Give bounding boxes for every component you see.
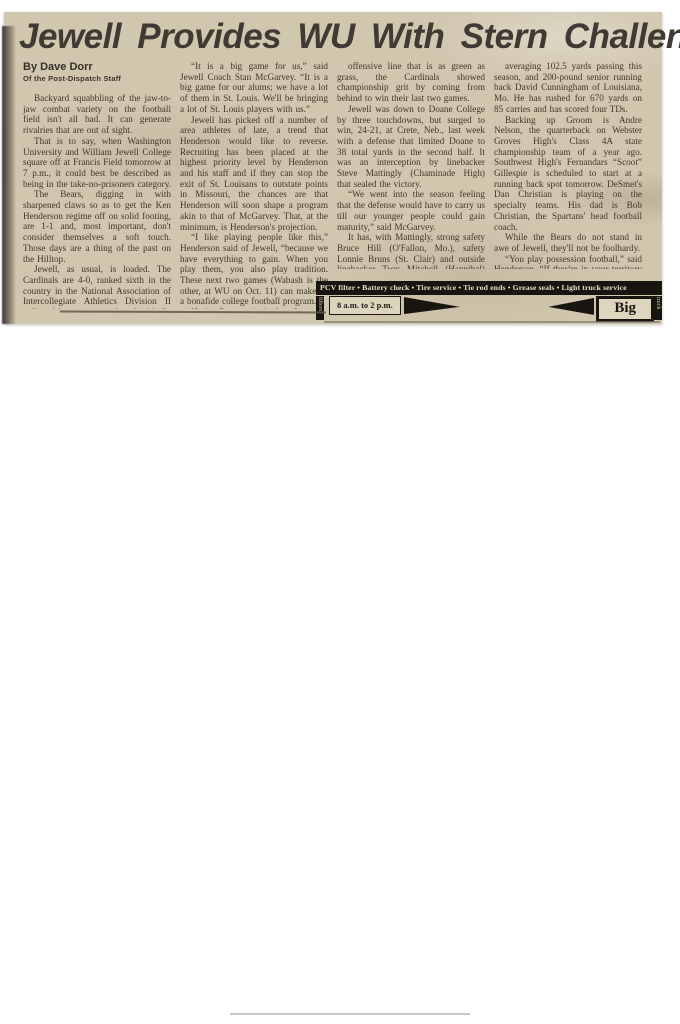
article-paragraph: averaging 102.5 yards passing this seaso…: [494, 61, 642, 115]
article-headline: Jewell Provides WU With Stern Challenge: [19, 19, 656, 54]
ad-hours-box: 8 a.m. to 2 p.m.: [329, 296, 401, 315]
ad-lower-row: filters 8 a.m. to 2 p.m. Big truck: [316, 296, 662, 322]
article-paragraph: Jewell was down to Doane College by thre…: [337, 104, 485, 190]
scan-artifact-line: [230, 1013, 470, 1015]
article-column-3: offensive line that is as green as grass…: [337, 61, 485, 269]
article-paragraph: “It is a big game for us,” said Jewell C…: [180, 61, 328, 115]
article-paragraph: It has, with Mattingly, strong safety Br…: [337, 232, 485, 269]
article-paragraph: “We went into the season feeling that th…: [337, 189, 485, 232]
article-paragraph: Backing up Groom is Andre Nelson, the qu…: [494, 115, 642, 233]
ad-services-banner: PCV filter • Battery check • Tire servic…: [316, 281, 662, 295]
article-column-2: “It is a big game for us,” said Jewell C…: [180, 61, 328, 309]
clipping-torn-edge-line: [60, 311, 326, 314]
article-column-1: By Dave Dorr Of the Post-Dispatch Staff …: [23, 61, 171, 309]
clipping-torn-edge-line: [324, 321, 660, 323]
article-paragraph: Backyard squabbling of the jaw-to-jaw co…: [23, 93, 171, 136]
article-columns: By Dave Dorr Of the Post-Dispatch Staff …: [23, 61, 654, 309]
article-paragraph: “I like playing people like this,” Hende…: [180, 232, 328, 307]
article-paragraph: If the Bears win both, of course. Jewell…: [180, 307, 328, 309]
advertisement-fragment: PCV filter • Battery check • Tire servic…: [316, 281, 662, 323]
byline-organization: Of the Post-Dispatch Staff: [23, 74, 171, 83]
ad-pennant-right-shape: [404, 297, 460, 319]
clipping-left-shadow-edge: [2, 26, 15, 324]
newspaper-clipping: Jewell Provides WU With Stern Challenge …: [4, 12, 662, 324]
article-paragraph: The Bears, digging in with sharpened cla…: [23, 189, 171, 264]
article-column-4: averaging 102.5 yards passing this seaso…: [494, 61, 642, 269]
ad-big-box: Big: [596, 296, 654, 322]
ad-right-vertical-tab: truck: [654, 296, 662, 320]
article-paragraph: Jewell has picked off a number of area a…: [180, 115, 328, 233]
article-paragraph: While the Bears do not stand in awe of J…: [494, 232, 642, 253]
article-paragraph: “You play possession football,” said Hen…: [494, 254, 642, 269]
ad-left-vertical-tab: filters: [316, 296, 324, 320]
ad-pennant-left-shape: [548, 297, 594, 319]
article-paragraph: Jewell, as usual, is loaded. The Cardina…: [23, 264, 171, 309]
byline: By Dave Dorr: [23, 61, 171, 73]
article-paragraph: offensive line that is as green as grass…: [337, 61, 485, 104]
article-paragraph: That is to say, when Washington Universi…: [23, 136, 171, 190]
